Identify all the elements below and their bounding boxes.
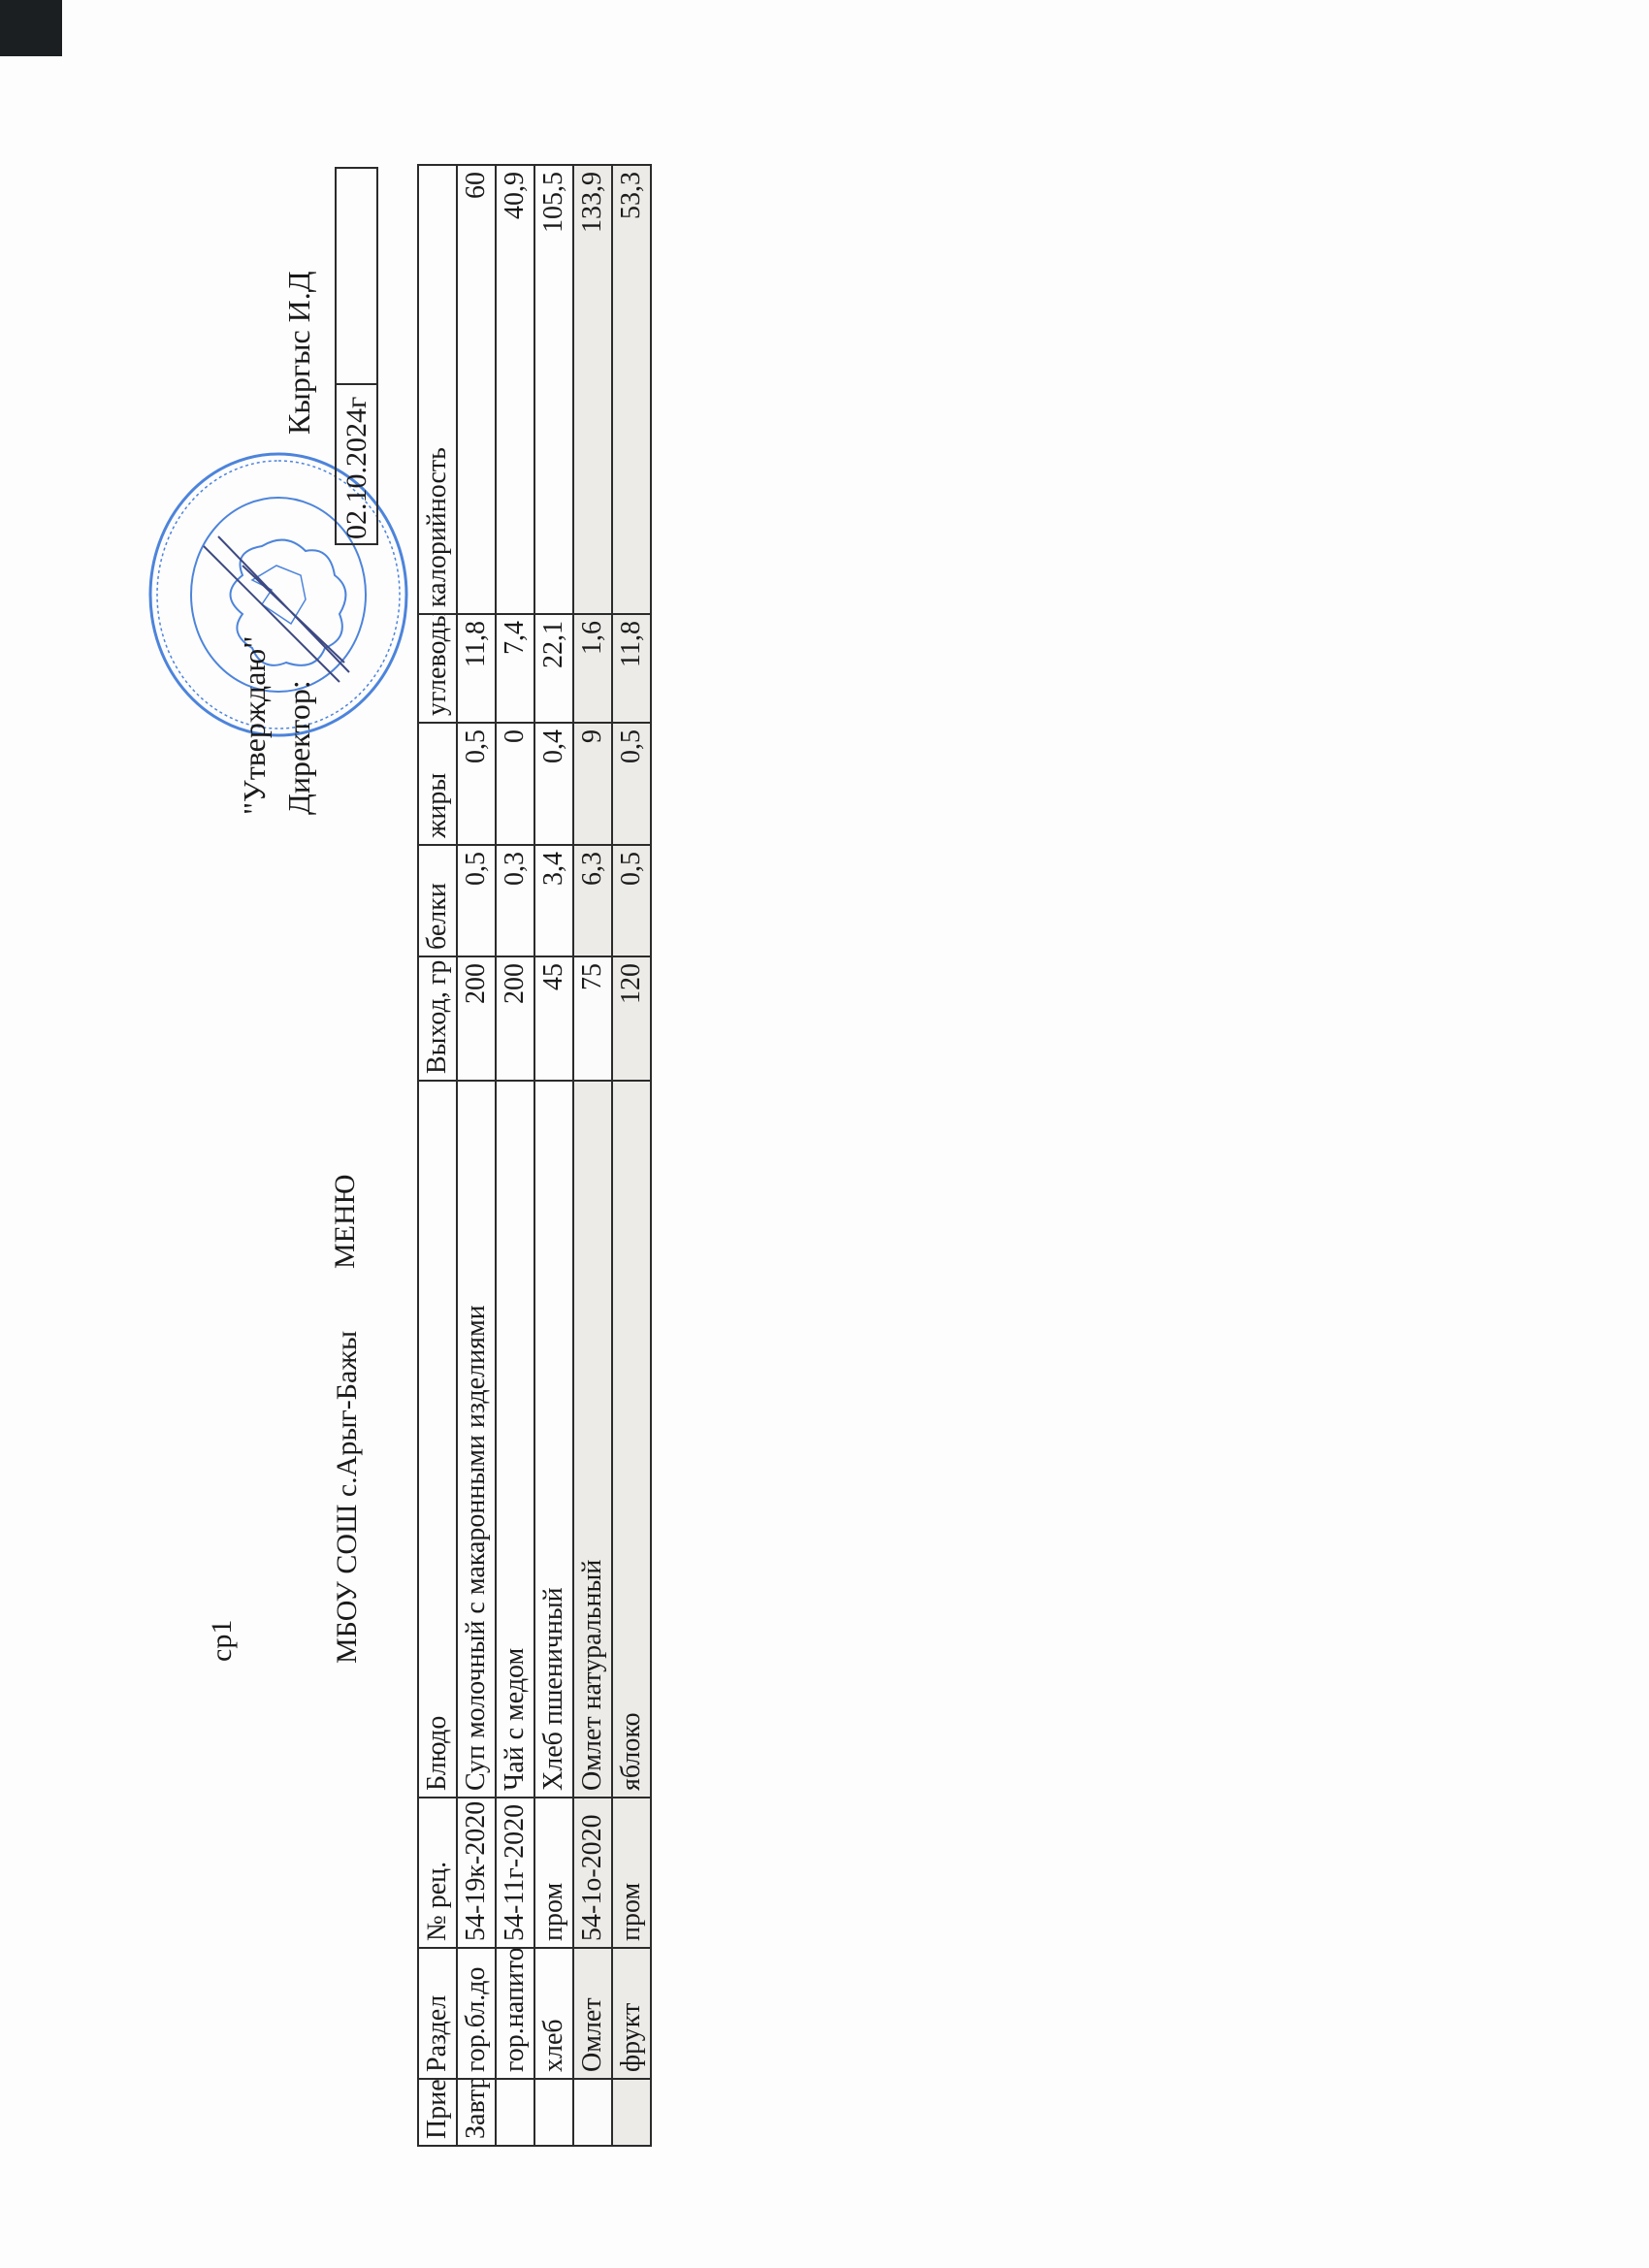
cell-meal (534, 2079, 573, 2146)
cell-recipe: 54-19к-2020 (457, 1798, 496, 1948)
cell-dish: Чай с медом (496, 1081, 534, 1798)
column-header-carbs: углеводы (418, 614, 457, 723)
cell-section: хлеб (534, 1948, 573, 2079)
date-box: 02.10.2024г (335, 167, 378, 545)
table-row: Завтракгор.бл.до54-19к-2020Суп молочный … (457, 165, 496, 2146)
cell-carbs: 11,8 (612, 614, 651, 723)
column-header-protein: белки (418, 845, 457, 956)
column-header-meal: Прием пищи (418, 2079, 457, 2146)
cell-section: фрукт (612, 1948, 651, 2079)
cell-meal (496, 2079, 534, 2146)
column-header-yield: Выход, гр (418, 956, 457, 1081)
column-header-recipe: № рец. (418, 1798, 457, 1948)
cell-calories: 40,9 (496, 165, 534, 614)
cell-protein: 0,3 (496, 845, 534, 956)
table-row: хлебпромХлеб пшеничный453,40,422,1105,5 (534, 165, 573, 2146)
cell-fat: 9 (573, 723, 612, 845)
approval-label: "Утверждаю" (239, 636, 270, 815)
table-header-row: Прием пищи Раздел № рец. Блюдо Выход, гр… (418, 165, 457, 2146)
cell-dish: Омлет натуральный (573, 1081, 612, 1798)
cell-yield: 120 (612, 956, 651, 1081)
cell-carbs: 11,8 (457, 614, 496, 723)
cell-dish: Хлеб пшеничный (534, 1081, 573, 1798)
cell-meal: Завтрак (457, 2079, 496, 2146)
cell-fat: 0 (496, 723, 534, 845)
cell-section: гор.напиток (496, 1948, 534, 2079)
cell-protein: 3,4 (534, 845, 573, 956)
cell-calories: 105,5 (534, 165, 573, 614)
date-extra-cell (337, 169, 376, 383)
page-title: МЕНЮ (331, 1175, 360, 1270)
cell-calories: 53,3 (612, 165, 651, 614)
cell-carbs: 7,4 (496, 614, 534, 723)
cell-yield: 200 (457, 956, 496, 1081)
cell-yield: 45 (534, 956, 573, 1081)
table-row: Омлет54-1о-2020Омлет натуральный756,391,… (573, 165, 612, 2146)
cell-yield: 75 (573, 956, 612, 1081)
cell-recipe: 54-11г-2020 (496, 1798, 534, 1948)
cell-protein: 6,3 (573, 845, 612, 956)
cell-carbs: 22,1 (534, 614, 573, 723)
cell-carbs: 1,6 (573, 614, 612, 723)
column-header-fat: жиры (418, 723, 457, 845)
cell-recipe: пром (612, 1798, 651, 1948)
column-header-section: Раздел (418, 1948, 457, 2079)
cell-protein: 0,5 (612, 845, 651, 956)
cell-recipe: 54-1о-2020 (573, 1798, 612, 1948)
cell-section: гор.бл.до (457, 1948, 496, 2079)
cell-meal (573, 2079, 612, 2146)
cell-calories: 60 (457, 165, 496, 614)
menu-document: ср1 МБОУ СОШ с.Арыг-Бажы МЕНЮ "Утверждаю… (0, 0, 1649, 2268)
cell-yield: 200 (496, 956, 534, 1081)
school-name: МБОУ СОШ с.Арыг-Бажы (333, 1331, 362, 1664)
menu-date: 02.10.2024г (337, 383, 376, 543)
cell-meal (612, 2079, 651, 2146)
scan-artifact (0, 0, 62, 56)
table-row: гор.напиток54-11г-2020Чай с медом2000,30… (496, 165, 534, 2146)
menu-table: Прием пищи Раздел № рец. Блюдо Выход, гр… (417, 164, 652, 2147)
cell-recipe: пром (534, 1798, 573, 1948)
sheet-label: ср1 (208, 1620, 237, 1662)
cell-dish: яблоко (612, 1081, 651, 1798)
cell-protein: 0,5 (457, 845, 496, 956)
cell-section: Омлет (573, 1948, 612, 2079)
column-header-dish: Блюдо (418, 1081, 457, 1798)
director-label: Директор: (283, 680, 314, 815)
director-name: Кыргыс И.Д (283, 271, 314, 435)
cell-calories: 133,9 (573, 165, 612, 614)
cell-fat: 0,5 (457, 723, 496, 845)
cell-fat: 0,5 (612, 723, 651, 845)
cell-fat: 0,4 (534, 723, 573, 845)
column-header-calories: калорийность (418, 165, 457, 614)
table-row: фруктпромяблоко1200,50,511,853,3 (612, 165, 651, 2146)
cell-dish: Суп молочный с макаронными изделиями (457, 1081, 496, 1798)
